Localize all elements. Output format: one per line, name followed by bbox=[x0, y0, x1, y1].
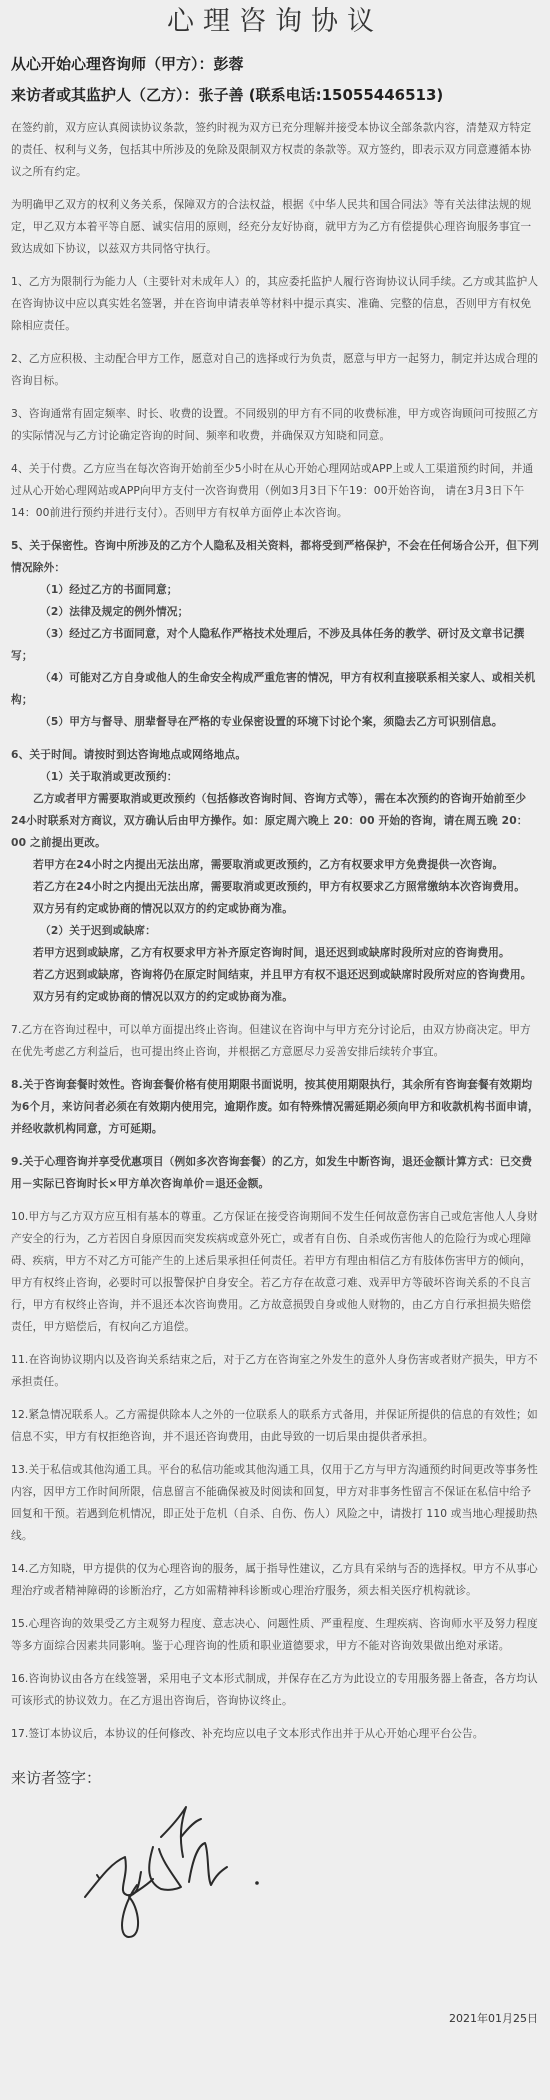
signature-area bbox=[11, 1789, 539, 2029]
clause-3: 3、咨询通常有固定频率、时长、收费的设置。不同级别的甲方有不同的收费标准，甲方或… bbox=[11, 403, 539, 447]
party-a-counselor: 从心开始心理咨询师（甲方）：彭蓉 bbox=[11, 53, 539, 75]
clause-8: 8.关于咨询套餐时效性。咨询套餐价格有使用期限书面说明，按其使用期限执行，其余所… bbox=[11, 1074, 539, 1140]
clause-5-item: （4）可能对乙方自身或他人的生命安全构成严重危害的情况，甲方有权利直接联系相关家… bbox=[11, 667, 539, 711]
clause-16: 16.咨询协议由各方在线签署，采用电子文本形式制成，并保存在乙方为此设立的专用服… bbox=[11, 1668, 539, 1712]
clause-6-sub2-para: 若乙方迟到或缺席，咨询将仍在原定时间结束，并且甲方有权不退还迟到或缺席时段所对应… bbox=[11, 964, 539, 986]
clause-9: 9.关于心理咨询并享受优惠项目（例如多次咨询套餐）的乙方，如发生中断咨询，退还金… bbox=[11, 1151, 539, 1195]
clause-5-item: （5）甲方与督导、朋辈督导在严格的专业保密设置的环境下讨论个案，须隐去乙方可识别… bbox=[11, 711, 539, 733]
clause-6-sub2-para: 双方另有约定或协商的情况以双方的约定或协商为准。 bbox=[11, 986, 539, 1008]
clause-6-sub1-title: （1）关于取消或更改预约： bbox=[11, 766, 539, 788]
clause-5-item: （2）法律及规定的例外情况； bbox=[11, 601, 539, 623]
clause-4: 4、关于付费。乙方应当在每次咨询开始前至少5小时在从心开始心理网站或APP上或人… bbox=[11, 458, 539, 524]
clause-5-item: （1）经过乙方的书面同意； bbox=[11, 579, 539, 601]
clause-7: 7.乙方在咨询过程中，可以单方面提出终止咨询。但建议在咨询中与甲方充分讨论后，由… bbox=[11, 1019, 539, 1063]
clause-6-sub2-title: （2）关于迟到或缺席： bbox=[11, 920, 539, 942]
clause-6-sub1-para: 双方另有约定或协商的情况以双方的约定或协商为准。 bbox=[11, 898, 539, 920]
clause-6-sub2-para: 若甲方迟到或缺席，乙方有权要求甲方补齐原定咨询时间，退还迟到或缺席时段所对应的咨… bbox=[11, 942, 539, 964]
preamble: 在签约前，双方应认真阅读协议条款，签约时视为双方已充分理解并接受本协议全部条款内… bbox=[11, 117, 539, 183]
signature-date: 2021年01月25日 bbox=[449, 2010, 538, 2026]
clause-11: 11.在咨询协议期内以及咨询关系结束之后，对于乙方在咨询室之外发生的意外人身伤害… bbox=[11, 1349, 539, 1393]
clause-12: 12.紧急情况联系人。乙方需提供除本人之外的一位联系人的联系方式备用，并保证所提… bbox=[11, 1404, 539, 1448]
clause-17: 17.签订本协议后，本协议的任何修改、补充均应以电子文本形式作出并于从心开始心理… bbox=[11, 1723, 539, 1745]
clause-10: 10.甲方与乙方双方应互相有基本的尊重。乙方保证在接受咨询期间不发生任何故意伤害… bbox=[11, 1206, 539, 1338]
party-b-client: 来访者或其监护人（乙方）：张子善 (联系电话:15055446513) bbox=[11, 84, 539, 106]
clause-5-lead: 5、关于保密性。咨询中所涉及的乙方个人隐私及相关资料，都将受到严格保护，不会在任… bbox=[11, 535, 539, 579]
clause-1: 1、乙方为限制行为能力人（主要针对未成年人）的，其应委托监护人履行咨询协议认同手… bbox=[11, 271, 539, 337]
signature-label: 来访者签字： bbox=[11, 1767, 539, 1789]
clause-13: 13.关于私信或其他沟通工具。平台的私信功能或其他沟通工具，仅用于乙方与甲方沟通… bbox=[11, 1459, 539, 1547]
clause-6-sub1-para: 乙方或者甲方需要取消或更改预约（包括修改咨询时间、咨询方式等），需在本次预约的咨… bbox=[11, 788, 539, 854]
clause-2: 2、乙方应积极、主动配合甲方工作，愿意对自己的选择或行为负责，愿意与甲方一起努力… bbox=[11, 348, 539, 392]
clause-5-confidentiality: 5、关于保密性。咨询中所涉及的乙方个人隐私及相关资料，都将受到严格保护，不会在任… bbox=[11, 535, 539, 733]
intro: 为明确甲乙双方的权利义务关系，保障双方的合法权益，根据《中华人民共和国合同法》等… bbox=[11, 194, 539, 260]
signature-icon bbox=[81, 1797, 281, 1947]
clause-15: 15.心理咨询的效果受乙方主观努力程度、意志决心、问题性质、严重程度、生理疾病、… bbox=[11, 1613, 539, 1657]
agreement-document: 心理咨询协议 从心开始心理咨询师（甲方）：彭蓉 来访者或其监护人（乙方）：张子善… bbox=[0, 0, 550, 2029]
clause-5-item: （3）经过乙方书面同意，对个人隐私作严格技术处理后，不涉及具体任务的教学、研讨及… bbox=[11, 623, 539, 667]
clause-6-lead: 6、关于时间。请按时到达咨询地点或网络地点。 bbox=[11, 744, 539, 766]
clause-6-sub1-para: 若甲方在24小时之内提出无法出席，需要取消或更改预约，乙方有权要求甲方免费提供一… bbox=[11, 854, 539, 876]
document-title: 心理咨询协议 bbox=[11, 0, 539, 40]
clause-6-time: 6、关于时间。请按时到达咨询地点或网络地点。 （1）关于取消或更改预约： 乙方或… bbox=[11, 744, 539, 1008]
clause-14: 14.乙方知晓，甲方提供的仅为心理咨询的服务，属于指导性建议，乙方具有采纳与否的… bbox=[11, 1558, 539, 1602]
clause-6-sub1-para: 若乙方在24小时之内提出无法出席，需要取消或更改预约，甲方有权要求乙方照常缴纳本… bbox=[11, 876, 539, 898]
